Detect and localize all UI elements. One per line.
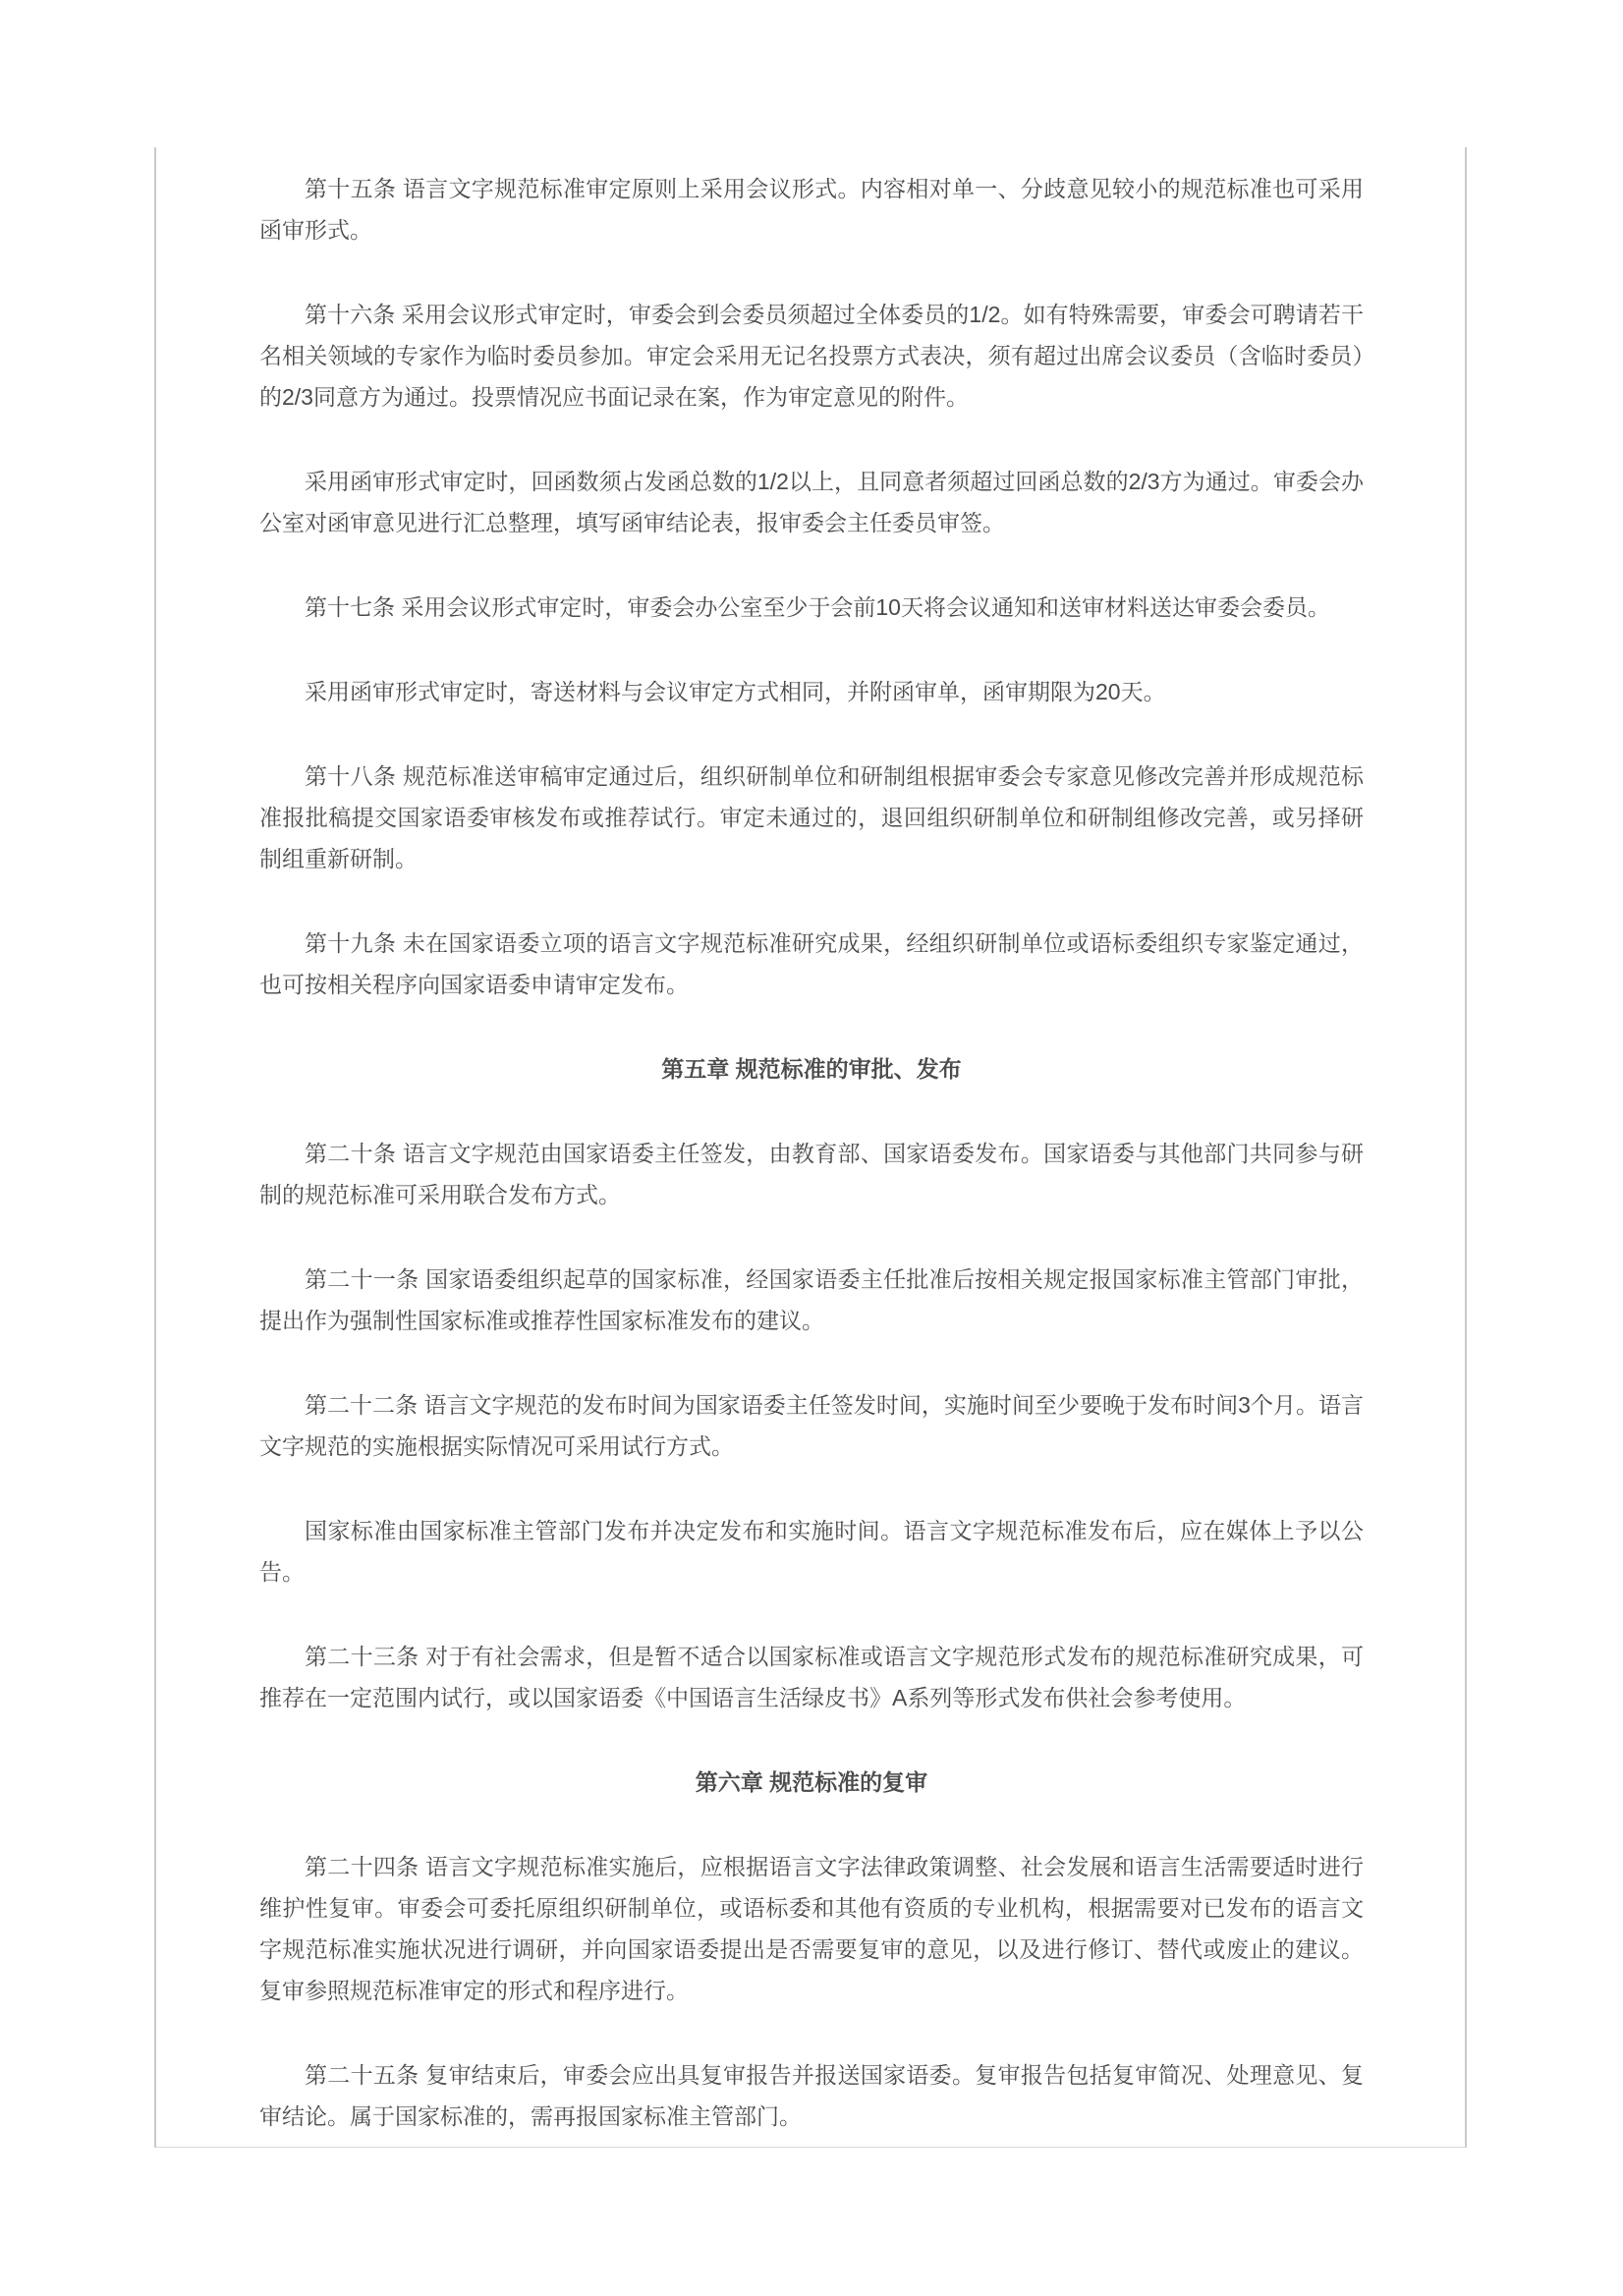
- article-paragraph: 第十五条 语言文字规范标准审定原则上采用会议形式。内容相对单一、分歧意见较小的规…: [259, 168, 1364, 251]
- article-paragraph: 第二十五条 复审结束后，审委会应出具复审报告并报送国家语委。复审报告包括复审简况…: [259, 2054, 1364, 2137]
- article-paragraph: 第十八条 规范标准送审稿审定通过后，组织研制单位和研制组根据审委会专家意见修改完…: [259, 756, 1364, 879]
- article-paragraph: 第二十四条 语言文字规范标准实施后，应根据语言文字法律政策调整、社会发展和语言生…: [259, 1846, 1364, 2011]
- document-body: 第十五条 语言文字规范标准审定原则上采用会议形式。内容相对单一、分歧意见较小的规…: [259, 168, 1364, 2137]
- article-paragraph: 采用函审形式审定时，回函数须占发函总数的1/2以上，且同意者须超过回函总数的2/…: [259, 461, 1364, 543]
- article-paragraph: 第二十二条 语言文字规范的发布时间为国家语委主任签发时间，实施时间至少要晚于发布…: [259, 1384, 1364, 1467]
- chapter-heading: 第六章 规范标准的复审: [259, 1762, 1364, 1803]
- article-paragraph: 第二十三条 对于有社会需求，但是暂不适合以国家标准或语言文字规范形式发布的规范标…: [259, 1636, 1364, 1718]
- document-frame: 第十五条 语言文字规范标准审定原则上采用会议形式。内容相对单一、分歧意见较小的规…: [154, 147, 1467, 2148]
- article-paragraph: 第二十一条 国家语委组织起草的国家标准，经国家语委主任批准后按相关规定报国家标准…: [259, 1259, 1364, 1341]
- article-paragraph: 第十九条 未在国家语委立项的语言文字规范标准研究成果，经组织研制单位或语标委组织…: [259, 923, 1364, 1005]
- page-background: 第十五条 语言文字规范标准审定原则上采用会议形式。内容相对单一、分歧意见较小的规…: [0, 0, 1623, 2296]
- article-paragraph: 国家标准由国家标准主管部门发布并决定发布和实施时间。语言文字规范标准发布后，应在…: [259, 1510, 1364, 1593]
- article-paragraph: 第十七条 采用会议形式审定时，审委会办公室至少于会前10天将会议通知和送审材料送…: [259, 587, 1364, 628]
- chapter-heading: 第五章 规范标准的审批、发布: [259, 1048, 1364, 1090]
- article-paragraph: 采用函审形式审定时，寄送材料与会议审定方式相同，并附函审单，函审期限为20天。: [259, 671, 1364, 712]
- article-paragraph: 第十六条 采用会议形式审定时，审委会到会委员须超过全体委员的1/2。如有特殊需要…: [259, 294, 1364, 418]
- article-paragraph: 第二十条 语言文字规范由国家语委主任签发，由教育部、国家语委发布。国家语委与其他…: [259, 1133, 1364, 1215]
